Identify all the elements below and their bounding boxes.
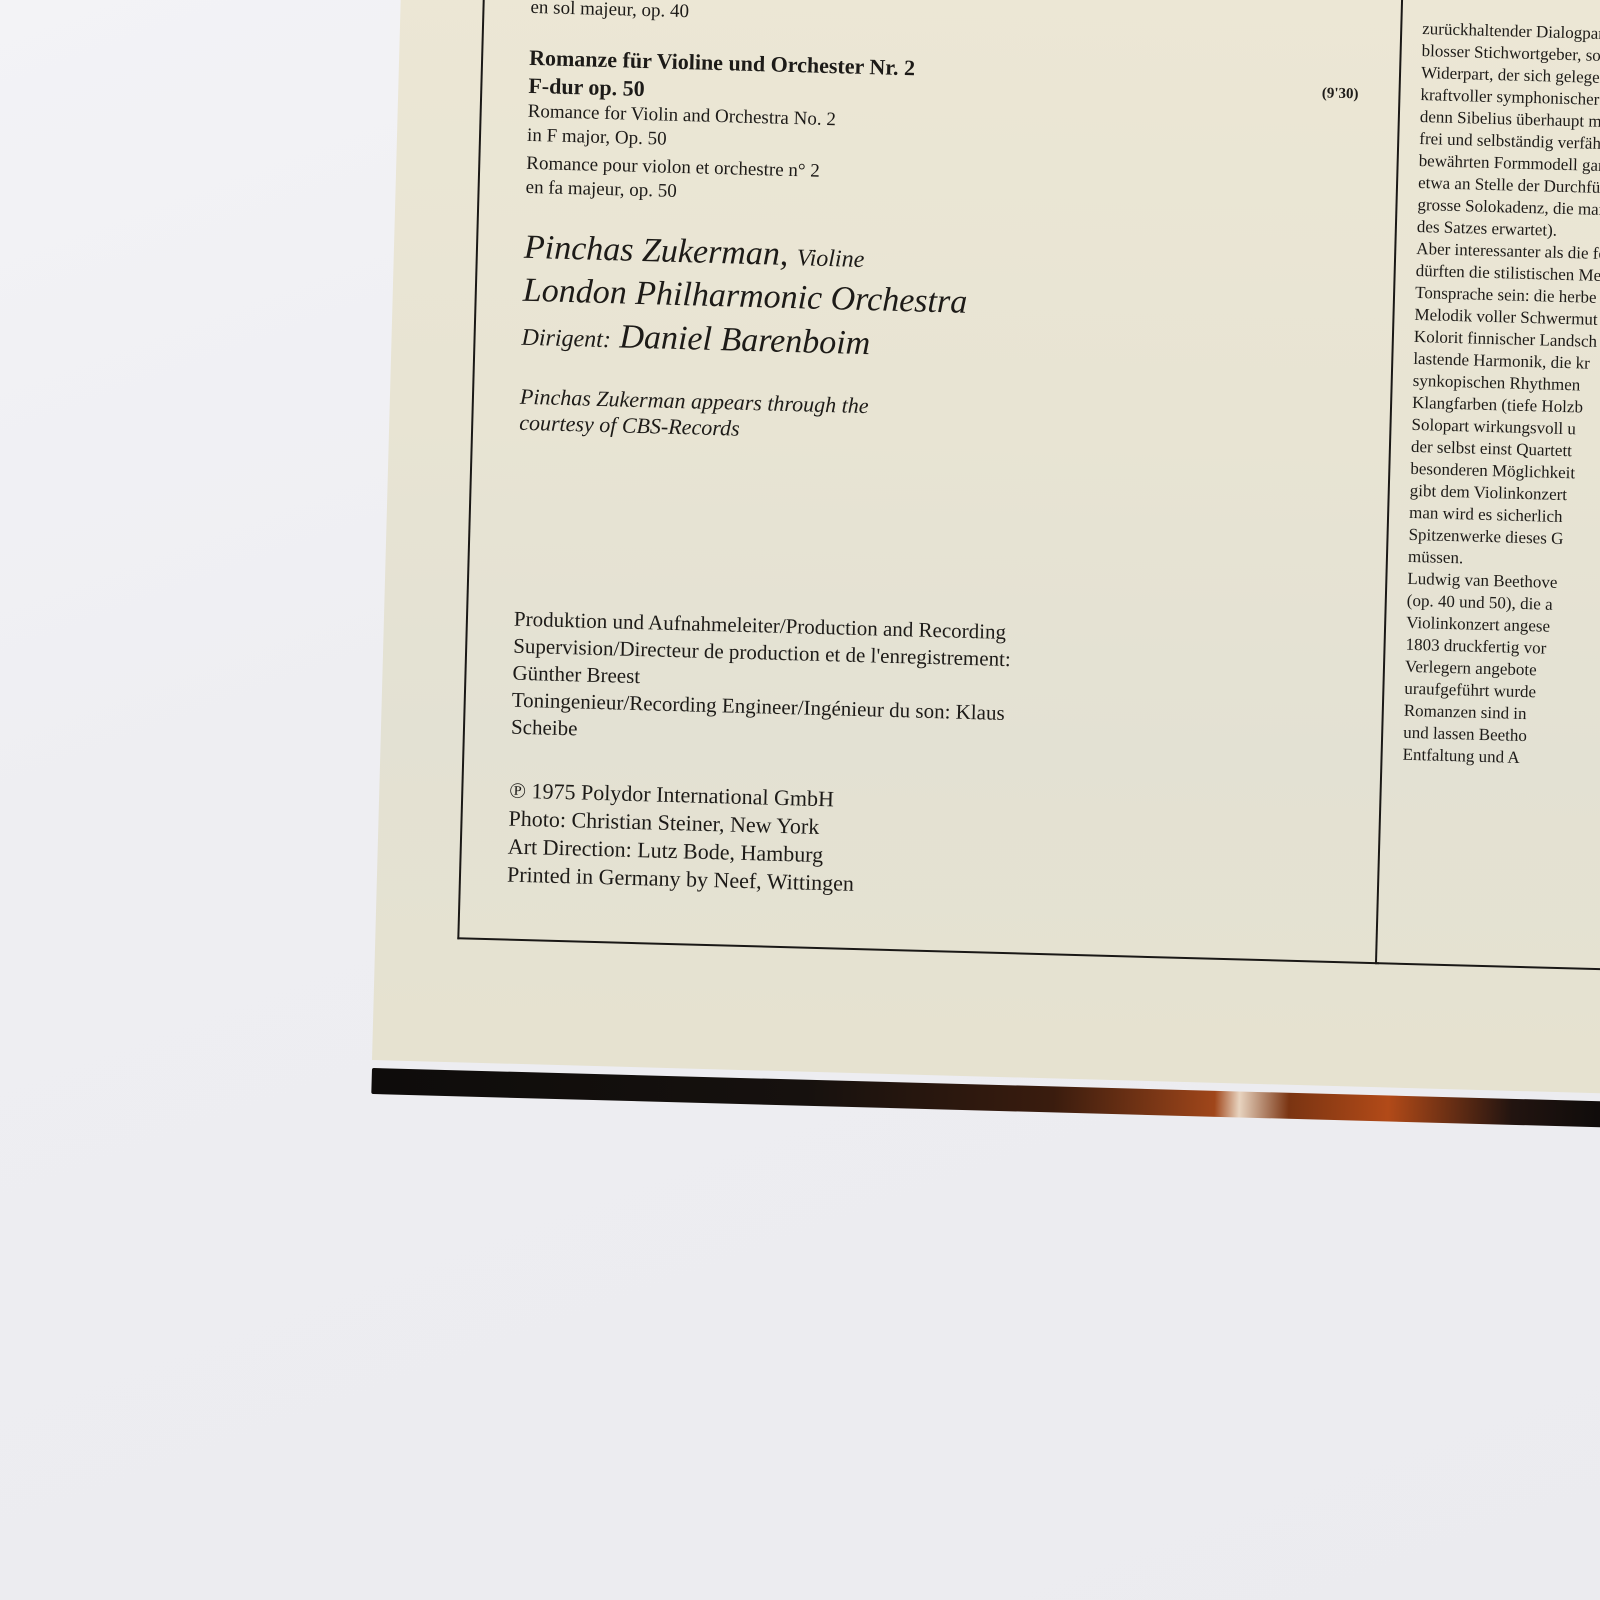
- conductor-label: Dirigent:: [521, 325, 611, 353]
- soloist-name: Pinchas Zukerman,: [524, 229, 789, 273]
- production-credits: Produktion und Aufnahmeleiter/Production…: [511, 606, 1374, 764]
- track2-duration: (9'30): [1321, 79, 1358, 108]
- performers: Pinchas Zukerman, Violine London Philhar…: [519, 228, 1384, 459]
- record-sleeve-back: Romance pour violon et orchestre n° 1 en…: [372, 0, 1600, 1095]
- track-listing: Romance pour violon et orchestre n° 1 en…: [507, 0, 1391, 912]
- imprint: ℗ 1975 Polydor International GmbH Photo:…: [507, 777, 1370, 912]
- conductor-name: Daniel Barenboim: [619, 318, 871, 362]
- courtesy-note: Pinchas Zukerman appears through the cou…: [519, 384, 1380, 459]
- soloist-instrument: Violine: [796, 245, 864, 273]
- liner-notes: Trompeten reich besetzte Orchester zurüc…: [1402, 18, 1600, 776]
